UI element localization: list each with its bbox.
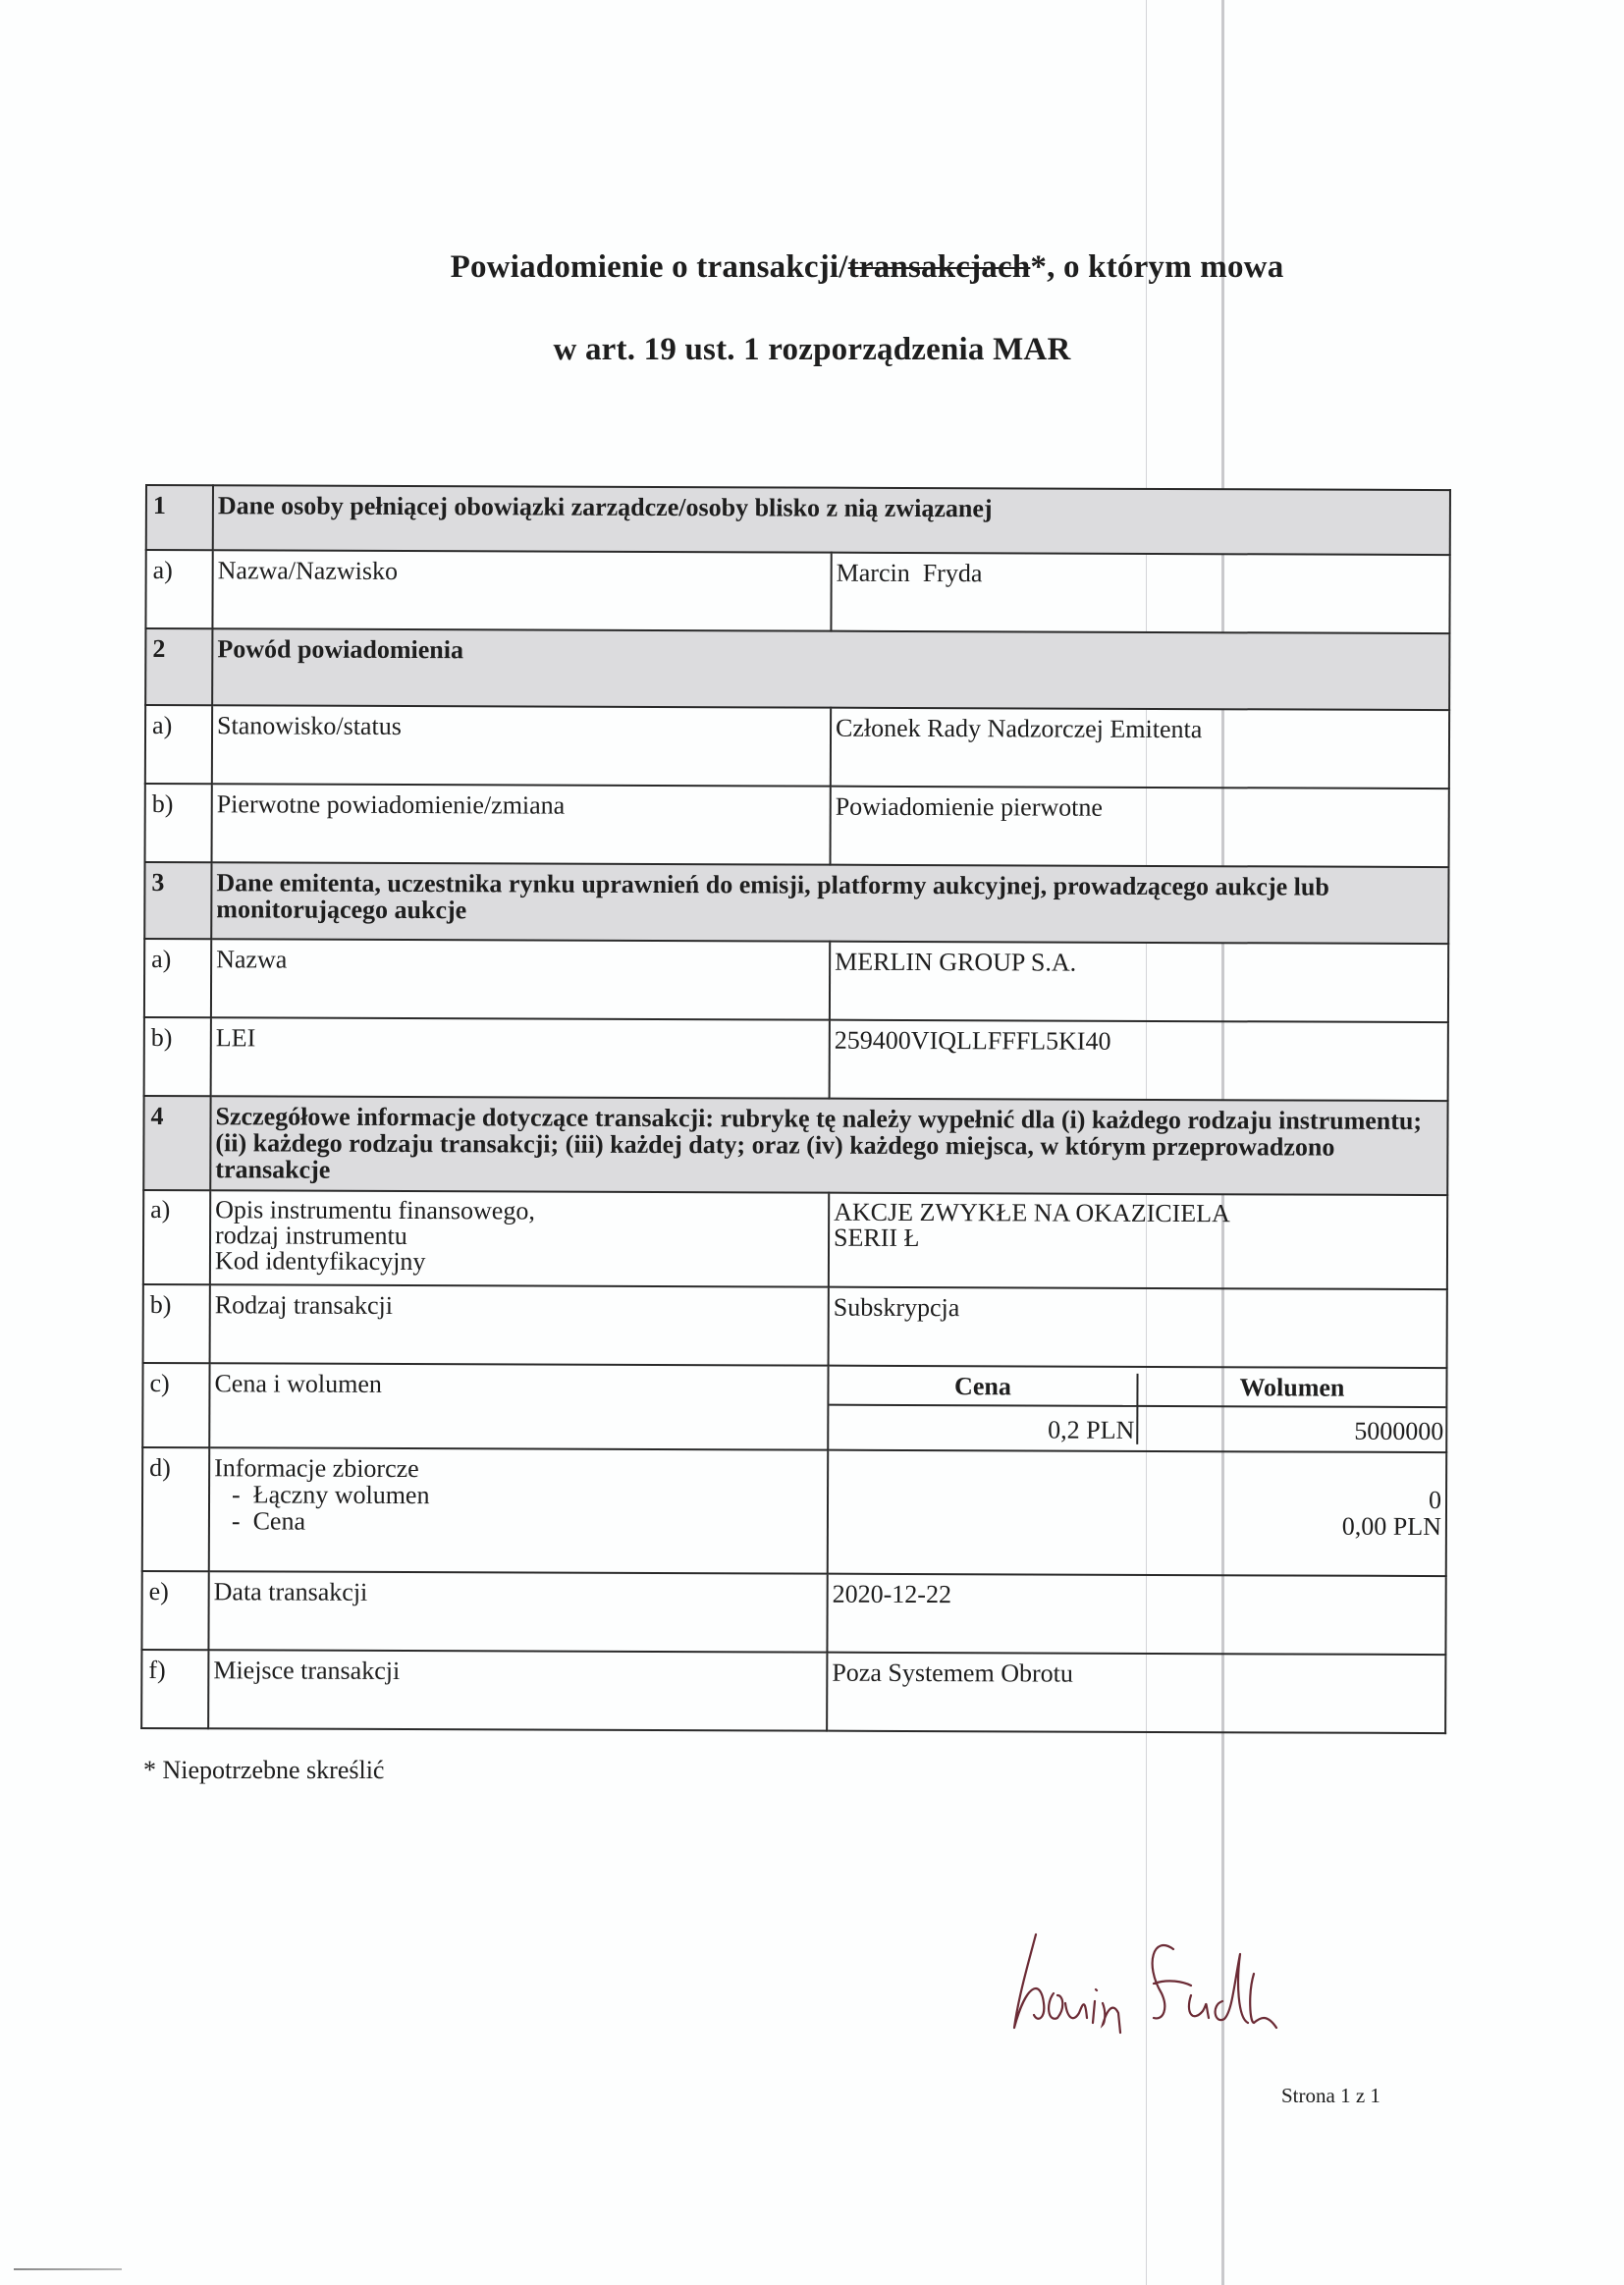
scan-edge-mark	[14, 2268, 122, 2270]
footnote: * Niepotrzebne skreślić	[143, 1756, 384, 1785]
title-prefix: Powiadomienie o transakcji/	[451, 249, 848, 285]
row-value: Powiadomienie pierwotne	[831, 787, 1449, 867]
row-value: 0 0,00 PLN	[828, 1450, 1446, 1576]
row-label: Stanowisko/status	[212, 705, 831, 786]
notification-form-table: 1 Dane osoby pełniącej obowiązki zarządc…	[140, 484, 1451, 1734]
price-value: 0,2 PLN	[829, 1405, 1137, 1444]
row-key: b)	[143, 1284, 210, 1363]
row-label: Cena i wolumen	[209, 1363, 828, 1449]
table-row-price-volume: c) Cena i wolumen Cena Wolumen 0,2 PLN 5…	[142, 1363, 1446, 1452]
row-key: b)	[145, 784, 212, 862]
value-line: AKCJE ZWYKŁE NA OKAZICIELA	[834, 1200, 1442, 1227]
row-key: d)	[142, 1447, 209, 1571]
section-2-header: 2 Powód powiadomienia	[145, 628, 1449, 710]
table-row: a) Nazwa MERLIN GROUP S.A.	[144, 939, 1448, 1022]
section-number: 4	[143, 1096, 210, 1190]
handwritten-signature	[997, 1925, 1311, 2042]
row-key: a)	[144, 939, 211, 1017]
section-heading: Dane osoby pełniącej obowiązki zarządcze…	[213, 485, 1450, 555]
section-number: 1	[146, 485, 213, 550]
section-number: 2	[145, 628, 212, 705]
row-label: Opis instrumentu finansowego, rodzaj ins…	[210, 1190, 829, 1286]
row-label: Nazwa	[211, 939, 830, 1019]
section-4-header: 4 Szczegółowe informacje dotyczące trans…	[143, 1096, 1447, 1195]
row-key: f)	[141, 1650, 208, 1728]
row-value: 2020-12-22	[827, 1574, 1445, 1655]
aggregate-price-value: 0,00 PLN	[833, 1511, 1441, 1540]
volume-value: 5000000	[1137, 1406, 1445, 1445]
row-value: Subskrypcja	[829, 1287, 1447, 1368]
row-label: Pierwotne powiadomienie/zmiana	[212, 784, 831, 864]
row-label: Rodzaj transakcji	[210, 1284, 829, 1365]
title-suffix: *, o którym mowa	[1030, 249, 1283, 285]
table-row: e) Data transakcji 2020-12-22	[141, 1571, 1445, 1655]
row-label: LEI	[211, 1017, 830, 1098]
price-header: Cena	[829, 1373, 1137, 1406]
volume-header: Wolumen	[1137, 1374, 1445, 1407]
row-value: Marcin Fryda	[831, 553, 1449, 633]
label-line: - Łączny wolumen	[214, 1481, 823, 1509]
row-key: b)	[144, 1017, 211, 1096]
row-label: Data transakcji	[208, 1571, 827, 1652]
table-row: b) Pierwotne powiadomienie/zmiana Powiad…	[145, 784, 1449, 867]
section-heading: Powód powiadomienia	[212, 628, 1449, 710]
row-key: e)	[141, 1571, 208, 1650]
section-heading: Dane emitenta, uczestnika rynku uprawnie…	[211, 862, 1448, 944]
section-number: 3	[144, 862, 211, 939]
table-row: a) Opis instrumentu finansowego, rodzaj …	[143, 1190, 1447, 1289]
document-subtitle: w art. 19 ust. 1 rozporządzenia MAR	[0, 332, 1624, 368]
aggregate-volume-value: 0	[833, 1485, 1441, 1513]
label-line: Informacje zbiorcze	[214, 1454, 823, 1483]
table-row: b) LEI 259400VIQLLFFFL5KI40	[144, 1017, 1448, 1101]
section-1-header: 1 Dane osoby pełniącej obowiązki zarządc…	[146, 485, 1450, 555]
row-label: Nazwa/Nazwisko	[212, 550, 831, 630]
row-value: 259400VIQLLFFFL5KI40	[830, 1020, 1448, 1101]
document-title: Powiadomienie o transakcji/transakcjach*…	[55, 249, 1624, 286]
title-struck-word: transakcjach	[848, 249, 1031, 285]
row-key: a)	[145, 705, 212, 784]
row-value: Poza Systemem Obrotu	[827, 1653, 1445, 1733]
row-value: MERLIN GROUP S.A.	[830, 942, 1448, 1022]
label-line: Kod identyfikacyjny	[215, 1248, 824, 1276]
row-value: AKCJE ZWYKŁE NA OKAZICIELA SERII Ł	[829, 1193, 1447, 1289]
price-volume-table: Cena Wolumen 0,2 PLN 5000000	[829, 1373, 1445, 1445]
aggregate-price-label: Cena	[253, 1506, 306, 1535]
row-key: a)	[145, 550, 212, 628]
row-label: Informacje zbiorcze - Łączny wolumen - C…	[209, 1447, 828, 1573]
row-value: Członek Rady Nadzorczej Emitenta	[831, 708, 1449, 789]
row-key: c)	[142, 1363, 209, 1447]
row-label: Miejsce transakcji	[208, 1650, 827, 1730]
table-row: a) Stanowisko/status Członek Rady Nadzor…	[145, 705, 1449, 789]
row-key: a)	[143, 1190, 210, 1284]
price-volume-cell: Cena Wolumen 0,2 PLN 5000000	[828, 1366, 1446, 1452]
label-line: - Cena	[214, 1507, 823, 1536]
table-row: a) Nazwa/Nazwisko Marcin Fryda	[145, 550, 1449, 633]
table-row: b) Rodzaj transakcji Subskrypcja	[143, 1284, 1447, 1368]
section-heading: Szczegółowe informacje dotyczące transak…	[210, 1096, 1447, 1195]
value-line: SERII Ł	[834, 1225, 1442, 1253]
section-3-header: 3 Dane emitenta, uczestnika rynku uprawn…	[144, 862, 1448, 944]
aggregate-volume-label: Łączny wolumen	[253, 1480, 430, 1509]
table-row: d) Informacje zbiorcze - Łączny wolumen …	[142, 1447, 1446, 1576]
table-row: f) Miejsce transakcji Poza Systemem Obro…	[141, 1650, 1445, 1733]
page-number: Strona 1 z 1	[1281, 2084, 1380, 2108]
